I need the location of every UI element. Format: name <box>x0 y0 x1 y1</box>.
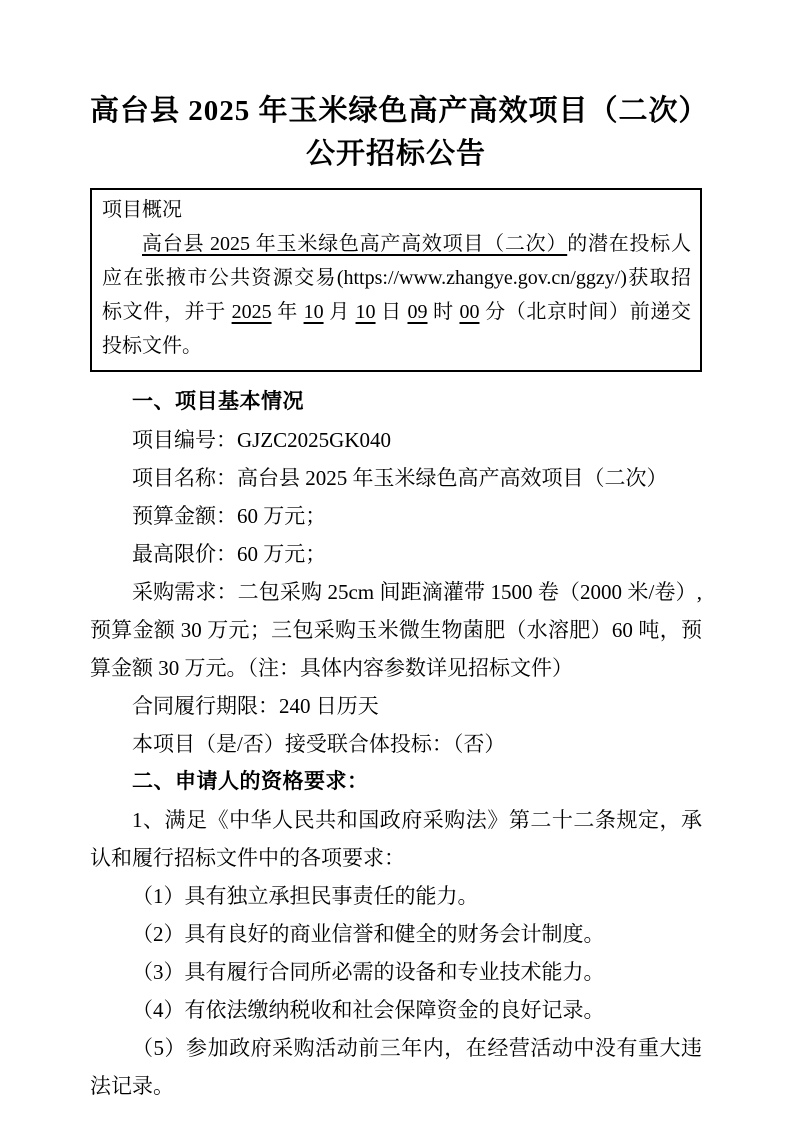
deadline-minute: 00 <box>459 301 479 323</box>
document-title: 高台县 2025 年玉米绿色高产高效项目（二次） 公开招标公告 <box>90 90 702 176</box>
deadline-month: 10 <box>304 301 324 323</box>
document-title-line1: 高台县 2025 年玉米绿色高产高效项目（二次） <box>90 90 702 133</box>
procurement-portal-url: https://www.zhangye.gov.cn/ggzy/ <box>343 267 620 289</box>
field-project-name: 项目名称：高台县 2025 年玉米绿色高产高效项目（二次） <box>90 459 702 497</box>
qualification-item-2: （2）具有良好的商业信誉和健全的财务会计制度。 <box>90 915 702 953</box>
qualification-item-3: （3）具有履行合同所必需的设备和专业技术能力。 <box>90 953 702 991</box>
deadline-day: 10 <box>356 301 376 323</box>
document-page: 高台县 2025 年玉米绿色高产高效项目（二次） 公开招标公告 项目概况 高台县… <box>0 0 793 1122</box>
document-title-line2: 公开招标公告 <box>90 133 702 176</box>
project-overview-box: 项目概况 高台县 2025 年玉米绿色高产高效项目（二次）的潜在投标人应在张掖市… <box>90 188 702 372</box>
deadline-year-unit: 年 <box>272 301 304 323</box>
qualification-item-1: （1）具有独立承担民事责任的能力。 <box>90 877 702 915</box>
field-price-ceiling: 最高限价：60 万元； <box>90 535 702 573</box>
deadline-day-unit: 日 <box>376 301 408 323</box>
field-procurement-demand: 采购需求：二包采购 25cm 间距滴灌带 1500 卷（2000 米/卷）,预算… <box>90 573 702 687</box>
deadline-year: 2025 <box>232 301 272 323</box>
deadline-hour-unit: 时 <box>428 301 460 323</box>
overview-heading: 项目概况 <box>102 193 691 227</box>
underlined-project-name: 高台县 2025 年玉米绿色高产高效项目（二次） <box>142 233 567 255</box>
section2-heading: 二、申请人的资格要求： <box>90 763 702 801</box>
field-consortium-bidding: 本项目（是/否）接受联合体投标：（否） <box>90 725 702 763</box>
deadline-hour: 09 <box>408 301 428 323</box>
document-body: 一、项目基本情况 项目编号：GJZC2025GK040 项目名称：高台县 202… <box>90 383 702 1105</box>
section1-heading: 一、项目基本情况 <box>90 383 702 421</box>
field-budget: 预算金额：60 万元； <box>90 497 702 535</box>
qualification-item-4: （4）有依法缴纳税收和社会保障资金的良好记录。 <box>90 991 702 1029</box>
qualification-item-5: （5）参加政府采购活动前三年内，在经营活动中没有重大违法记录。 <box>90 1029 702 1105</box>
field-project-number: 项目编号：GJZC2025GK040 <box>90 421 702 459</box>
overview-paragraph: 高台县 2025 年玉米绿色高产高效项目（二次）的潜在投标人应在张掖市公共资源交… <box>102 227 691 363</box>
qualification-intro: 1、满足《中华人民共和国政府采购法》第二十二条规定，承认和履行招标文件中的各项要… <box>90 801 702 877</box>
deadline-month-unit: 月 <box>324 301 356 323</box>
field-contract-period: 合同履行期限：240 日历天 <box>90 687 702 725</box>
